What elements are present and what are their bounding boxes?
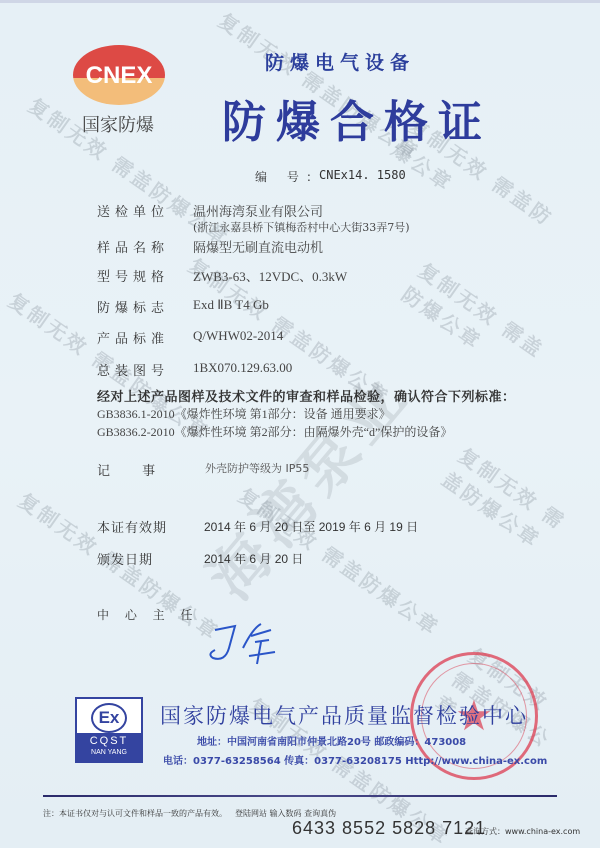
certificate-title: 防爆合格证 bbox=[222, 86, 492, 150]
standard-item: GB3836.2-2010《爆炸性环境 第2部分：由隔爆外壳“d”保护的设备》 bbox=[97, 423, 452, 440]
cnex-logo: CNEX bbox=[73, 45, 165, 105]
logo-caption: 国家防爆 bbox=[82, 111, 154, 137]
nanyang-text: NAN YANG bbox=[77, 748, 141, 758]
assembly-drawing-label: 总装图号 bbox=[97, 360, 169, 379]
issuer-address: 地址：中国河南省南阳市仲景北路20号 邮政编码：473008 bbox=[197, 733, 466, 748]
copy-invalid-watermark: 复制无效 需盖防爆公章 bbox=[397, 255, 570, 400]
product-name-value: 隔爆型无刷直流电动机 bbox=[193, 237, 323, 256]
director-label: 中 心 主 任 bbox=[97, 606, 198, 623]
query-url: 查询方式：www.china-ex.com bbox=[465, 826, 580, 837]
applicant-label: 送检单位 bbox=[97, 201, 169, 220]
conformity-statement: 经对上述产品图样及技术文件的审查和样品检验，确认符合下列标准： bbox=[97, 386, 516, 405]
ex-marking-label: 防爆标志 bbox=[97, 297, 169, 316]
cqst-logo: Ex CQST NAN YANG bbox=[75, 697, 143, 763]
issue-date-label: 颁发日期 bbox=[97, 549, 153, 568]
applicant-value: 温州海湾泵业有限公司 bbox=[193, 201, 323, 220]
standard-item: GB3836.1-2010《爆炸性环境 第1部分：设备 通用要求》 bbox=[97, 405, 391, 422]
cnex-logo-text: CNEX bbox=[73, 62, 165, 90]
model-spec-label: 型号规格 bbox=[97, 266, 169, 285]
certificate-subtitle: 防爆电气设备 bbox=[265, 48, 415, 75]
validity-value: 2014 年 6 月 20 日至 2019 年 6 月 19 日 bbox=[204, 518, 418, 535]
ex-logo-mark: Ex bbox=[91, 703, 127, 733]
verification-serial: 6433 8552 5828 7121 bbox=[292, 818, 486, 839]
issuer-name: 国家防爆电气产品质量监督检验中心 bbox=[160, 700, 528, 730]
ex-marking-value: Exd ⅡB T4 Gb bbox=[193, 297, 269, 313]
assembly-drawing-value: 1BX070.129.63.00 bbox=[193, 360, 292, 376]
product-standard-value: Q/WHW02-2014 bbox=[193, 328, 283, 344]
footer-note: 注：本证书仅对与认可文件和样品一致的产品有效。 bbox=[43, 808, 227, 819]
top-border bbox=[0, 0, 600, 3]
copy-invalid-watermark: 复制无效 需盖防爆公章 bbox=[437, 440, 577, 562]
footer-divider bbox=[43, 795, 557, 797]
applicant-address: (浙江永嘉县桥下镇梅岙村中心大街33弄7号) bbox=[193, 219, 410, 235]
notes-value: 外壳防护等级为 IP55 bbox=[205, 460, 309, 476]
issuer-contact: 电话：0377-63258564 传真：0377-63208175 Http:/… bbox=[163, 752, 547, 767]
notes-label: 记 事 bbox=[97, 460, 169, 479]
product-standard-label: 产品标准 bbox=[97, 328, 169, 347]
model-spec-value: ZWB3-63、12VDC、0.3kW bbox=[193, 266, 347, 285]
cert-number: CNEx14. 1580 bbox=[319, 168, 406, 182]
issue-date-value: 2014 年 6 月 20 日 bbox=[204, 550, 303, 567]
director-signature bbox=[205, 618, 285, 673]
cert-number-label: 编 号: bbox=[255, 168, 319, 185]
validity-label: 本证有效期 bbox=[97, 517, 167, 536]
cqst-text: CQST bbox=[77, 733, 141, 748]
product-name-label: 样品名称 bbox=[97, 237, 169, 256]
